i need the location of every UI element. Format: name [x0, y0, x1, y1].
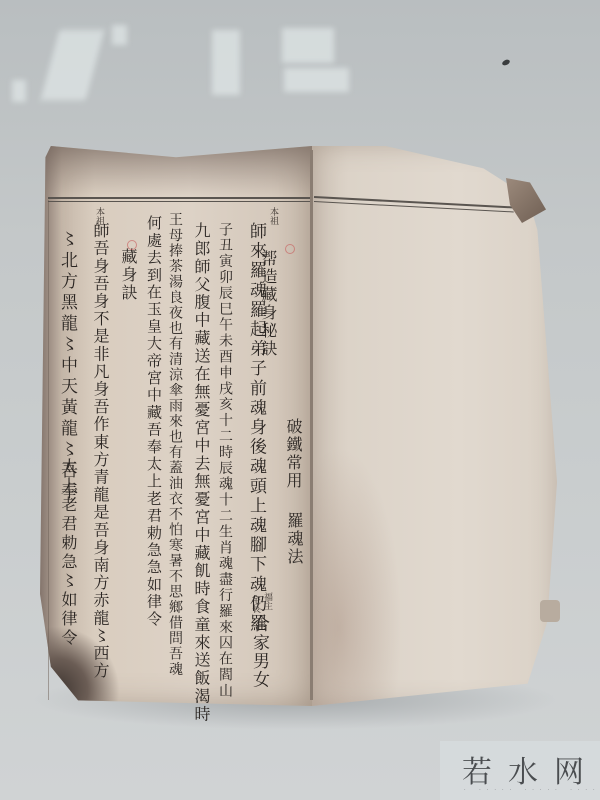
right-page — [312, 146, 557, 706]
red-circle-mark — [285, 244, 295, 254]
section-title: 藏身訣 — [120, 248, 136, 302]
top-stain — [40, 146, 312, 196]
text-column: 九郎師父腹中藏送在無憂宮中去無憂宮中藏飢時食童來送飯渴時 — [193, 222, 209, 723]
water-stain — [312, 446, 402, 706]
manuscript-subtitle: 破鐵常用 — [285, 418, 301, 490]
header-rule — [48, 197, 310, 199]
text-column: 師吾身吾身不是非凡身吾作東方青龍是吾身南方赤龍〻西方 — [92, 222, 108, 680]
manuscript-book: 帮造藏身秘訣 破鐵常用 羅魂法 本祖 師來羅魂羅起弟子前魂身後魂頭上魂腳下魂仍羅… — [0, 0, 600, 800]
text-column: 王母捧茶湯良夜也有清涼傘雨來也有蓋油衣不怕寒暑不思鄉借問吾魂 — [168, 212, 182, 677]
folded-tab — [540, 600, 560, 622]
watermark-label: 若水网 — [462, 747, 600, 791]
column-small-note: 福主 — [262, 592, 271, 610]
header-rule — [48, 201, 310, 202]
column-head-note: 本祖 — [268, 207, 277, 225]
manuscript-subtitle: 羅魂法 — [286, 512, 302, 566]
text-column: 師來羅魂羅起弟子前魂身後魂頭上魂腳下魂仍羅 — [247, 222, 264, 634]
watermark: 若水网 · ····· ····· ····· — [440, 741, 600, 800]
text-column: 何處去到在玉皇大帝宮中藏吾奉太上老君勅急急如律令 — [146, 215, 161, 628]
text-column: 子丑寅卯辰巳午未酉申戌亥十二時辰魂十二生肖魂盡行羅來囚在閻山 — [218, 222, 232, 699]
column-small-note: 宅長 — [250, 595, 259, 613]
text-column: 太上老君勅急〻如律令 — [60, 458, 76, 648]
watermark-sub-label: · ····· ····· ····· — [464, 787, 600, 793]
red-circle-mark — [127, 240, 137, 250]
text-column: 合家男女 — [250, 615, 267, 689]
